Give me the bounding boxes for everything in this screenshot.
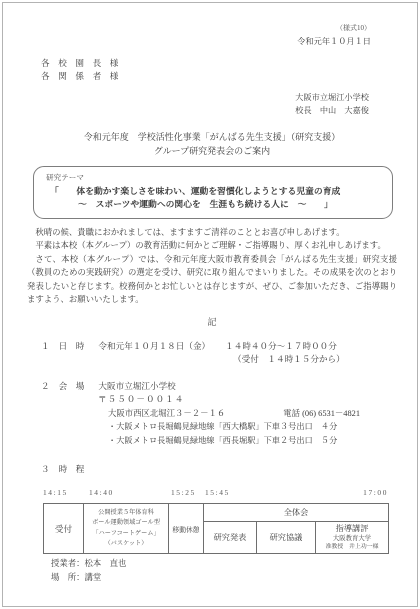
venue-postal-code: 〒５５０－００１４ xyxy=(98,393,397,405)
cell-break: 移動休憩 xyxy=(169,503,204,554)
recipients-block: 各 校 園 長 様 各 関 係 者 様 xyxy=(41,57,397,83)
body-paragraph-1: 秋晴の候、貴職におかれましては、ますますご清祥のこととお喜び申しあげます。 xyxy=(27,226,397,239)
venue-access-list: ・大阪メトロ長堀鶴見緑地線「西大橋駅」下車３号出口 ４分 ・大阪メトロ長堀鶴見緑… xyxy=(108,420,397,446)
title-line-2: グループ研究発表会のご案内 xyxy=(27,144,397,158)
review-professor: 准教授 井上功一様 xyxy=(316,543,388,552)
schedule-number: ３ xyxy=(41,463,50,475)
recipient-line-1: 各 校 園 長 様 xyxy=(41,57,397,70)
theme-label: 研究テーマ xyxy=(46,172,384,183)
datetime-number: １ xyxy=(41,340,50,352)
recipient-line-2: 各 関 係 者 様 xyxy=(41,70,397,83)
venue-phone: 電話 (06) 6531－4821 xyxy=(283,407,360,419)
research-theme-box: 研究テーマ 「 体を動かす楽しさを味わい、運動を習慣化しようとする児童の育成 ～… xyxy=(33,166,393,219)
form-number-label: （様式10） xyxy=(27,23,397,33)
schedule-label: 時 程 xyxy=(59,463,85,475)
title-line-1: 令和元年度 学校活性化事業「がんばる先生支援」（研究支援） xyxy=(27,130,397,144)
venue-address: 大阪市西区北堀江３－２－１６ xyxy=(108,407,225,419)
open-class-line-3: 「ハーフコートゲーム」 xyxy=(84,529,168,540)
venue-name: 大阪市立堀江小学校 xyxy=(98,380,175,392)
sender-principal: 校長 中山 大嘉俊 xyxy=(27,104,369,117)
open-class-line-4: （バスケット） xyxy=(84,539,168,550)
cell-review: 指導講評 大阪教育大学 准教授 井上功一様 xyxy=(316,521,389,554)
document-title: 令和元年度 学校活性化事業「がんばる先生支援」（研究支援） グループ研究発表会の… xyxy=(27,130,397,158)
venue-row: ２ 会 場 大阪市立堀江小学校 xyxy=(41,380,397,392)
document-page: （様式10） 令和元年１０月１日 各 校 園 長 様 各 関 係 者 様 大阪市… xyxy=(2,2,418,607)
datetime-row: １ 日 時 令和元年１０月１８日（金） １４時４０分～１７時００分 xyxy=(41,340,397,352)
theme-line-2: ～ スポーツや運動への関心を 生涯もち続ける人に ～ 」 xyxy=(78,198,384,211)
document-date: 令和元年１０月１日 xyxy=(27,36,397,47)
venue-address-row: 大阪市西区北堀江３－２－１６ 電話 (06) 6531－4821 xyxy=(108,407,397,419)
sender-school: 大阪市立堀江小学校 xyxy=(27,91,369,104)
event-time: １４時４０分～１７時００分 xyxy=(225,340,337,352)
cell-presentation: 研究発表 xyxy=(204,521,257,554)
sender-block: 大阪市立堀江小学校 校長 中山 大嘉俊 xyxy=(27,91,397,117)
schedule-table: 受付 公開授業５年体育科 ボール運動領域ゴール型 「ハーフコートゲーム」 （バス… xyxy=(43,503,389,555)
open-class-line-1: 公開授業５年体育科 xyxy=(84,508,168,519)
theme-line-1: 「 体を動かす楽しさを味わい、運動を習慣化しようとする児童の育成 xyxy=(50,185,384,198)
review-title: 指導講評 xyxy=(316,523,388,534)
time-mark-1440: 14:40 xyxy=(89,488,114,497)
time-mark-1525: 15:25 xyxy=(171,488,196,497)
table-footnotes: 授業者：松本 直也 場 所：講堂 xyxy=(51,557,397,585)
venue-label: 会 場 xyxy=(59,380,85,392)
record-mark: 記 xyxy=(27,315,397,328)
event-date: 令和元年１０月１８日（金） xyxy=(98,340,210,352)
datetime-label: 日 時 xyxy=(59,340,85,352)
lesson-place: 場 所：講堂 xyxy=(51,571,397,585)
lesson-teacher: 授業者：松本 直也 xyxy=(51,557,397,571)
review-university: 大阪教育大学 xyxy=(316,534,388,544)
body-paragraph-3: さて、本校（本グループ）では、令和元年度大阪市教育委員会「がんばる先生支援」研究… xyxy=(27,253,397,307)
cell-plenary-header: 全体会 xyxy=(204,503,389,521)
reception-time-note: （受付 １４時１５分から） xyxy=(233,353,397,365)
body-paragraph-2: 平素は本校（本グループ）の教育活動に何かとご理解・ご指導賜り、厚くお礼申しあげま… xyxy=(27,239,397,252)
letter-body: 秋晴の候、貴職におかれましては、ますますご清祥のこととお喜び申しあげます。 平素… xyxy=(27,226,397,306)
cell-discussion: 研究協議 xyxy=(257,521,316,554)
time-mark-1700: 17:00 xyxy=(363,488,388,497)
time-mark-1415: 14:15 xyxy=(43,488,68,497)
cell-reception: 受付 xyxy=(44,503,84,554)
venue-number: ２ xyxy=(41,380,50,392)
cell-open-class: 公開授業５年体育科 ボール運動領域ゴール型 「ハーフコートゲーム」 （バスケット… xyxy=(84,503,169,554)
schedule-row: ３ 時 程 xyxy=(41,463,397,475)
schedule-table-header-row: 受付 公開授業５年体育科 ボール運動領域ゴール型 「ハーフコートゲーム」 （バス… xyxy=(44,503,389,521)
schedule-timeline: 14:15 14:40 15:25 15:45 17:00 xyxy=(43,488,388,500)
access-route-2: ・大阪メトロ長堀鶴見緑地線「西長堀駅」下車２号出口 ５分 xyxy=(108,434,397,447)
access-route-1: ・大阪メトロ長堀鶴見緑地線「西大橋駅」下車３号出口 ４分 xyxy=(108,420,397,433)
time-mark-1545: 15:45 xyxy=(205,488,230,497)
open-class-line-2: ボール運動領域ゴール型 xyxy=(84,518,168,529)
